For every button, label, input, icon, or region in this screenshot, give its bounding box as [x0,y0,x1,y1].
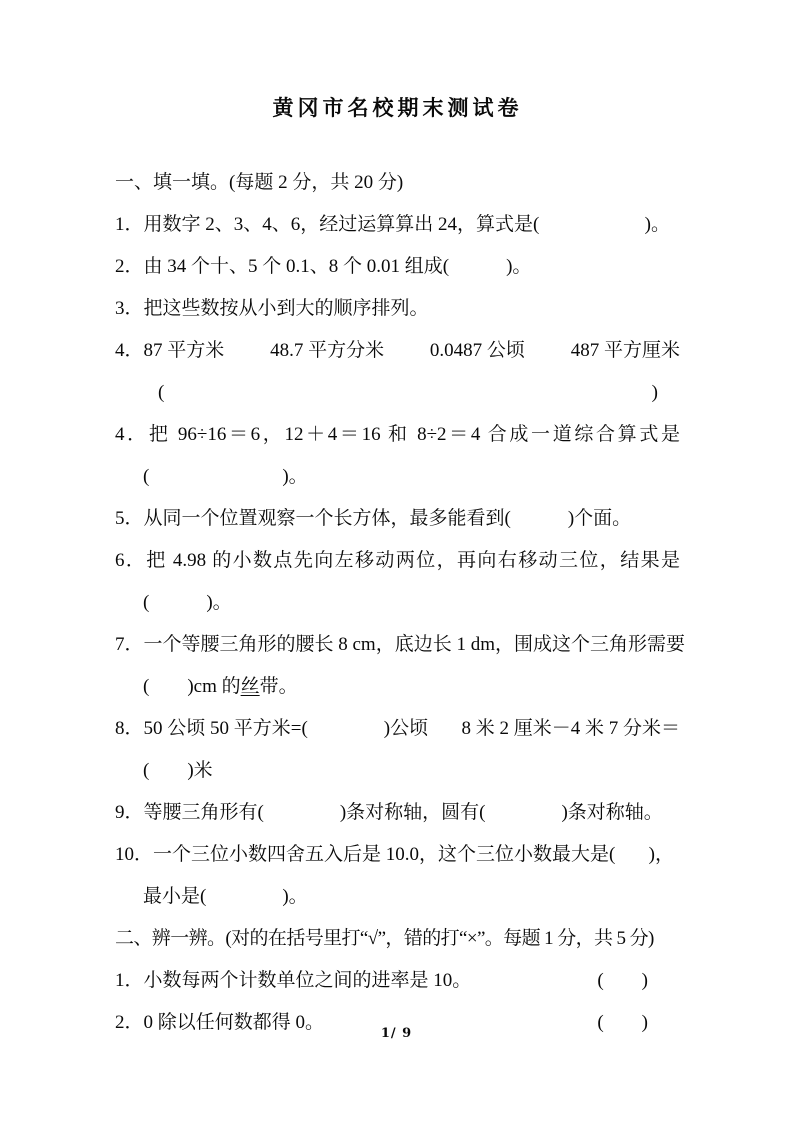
paper-content: 黄冈市名校期末测试卷 一、填一填。(每题 2 分，共 20 分) 1．用数字 2… [0,0,793,1044]
question-1-text: 1．用数字 2、3、4、6，经过运算算出 24，算式是( [115,204,539,246]
section2-heading: 二、辨一辨。(对的在括号里打“√”，错的打“×”。每题 1 分，共 5 分) [115,918,680,960]
question-3-item-2: 48.7 平方分米 [270,330,384,372]
question-1: 1．用数字 2、3、4、6，经过运算算出 24，算式是( )。 [115,204,680,246]
question-3-number-list: 4．87 平方米 48.7 平方分米 0.0487 公顷 487 平方厘米 [115,330,680,372]
question-10-answer-paren: )， [649,834,674,876]
paren-open: ( [158,372,164,414]
question-8-part1: 8．50 公顷 50 平方米=( )公顷 [115,708,428,750]
question-3: 3．把这些数按从小到大的顺序排列。 [115,288,680,330]
question-7-line2-post: 带。 [260,676,298,697]
question-6-answer-blank: ( )。 [115,582,680,624]
question-3-item-1: 4．87 平方米 [115,330,224,372]
question-5: 5．从同一个位置观察一个长方体，最多能看到( )个面。 [115,498,680,540]
question-9: 9．等腰三角形有( )条对称轴，圆有( )条对称轴。 [115,792,680,834]
question-7-underlined-char: 丝 [241,676,260,697]
question-3-item-4: 487 平方厘米 [571,330,680,372]
question-10-text: 10．一个三位小数四舍五入后是 10.0，这个三位小数最大是( [115,834,615,876]
question-7-line2-pre: ( )cm 的 [143,676,241,697]
question-10-line1: 10．一个三位小数四舍五入后是 10.0，这个三位小数最大是( )， [115,834,680,876]
section1-heading: 一、填一填。(每题 2 分，共 20 分) [115,162,680,204]
exam-paper-page: 黄冈市名校期末测试卷 一、填一填。(每题 2 分，共 20 分) 1．用数字 2… [0,0,793,1122]
question-10-line2: 最小是( )。 [115,876,680,918]
paren-close: ) [652,372,658,414]
tf-question-1-text: 1．小数每两个计数单位之间的进率是 10。 [115,960,471,1002]
question-8-line1: 8．50 公顷 50 平方米=( )公顷 8 米 2 厘米－4 米 7 分米＝ [115,708,680,750]
question-4-answer-blank: ( )。 [115,456,680,498]
question-3-item-3: 0.0487 公顷 [430,330,525,372]
tf-question-1: 1．小数每两个计数单位之间的进率是 10。 ( ) [115,960,680,1002]
question-3-answer-blank: ( ) [115,372,680,414]
page-number: 1/ 9 [0,1026,793,1041]
question-2: 2．由 34 个十、5 个 0.1、8 个 0.01 组成( )。 [115,246,680,288]
question-4-line1: 4．把 96÷16＝6，12＋4＝16 和 8÷2＝4 合成一道综合算式是 [115,414,680,456]
tf-question-1-bracket: ( ) [597,960,648,1002]
question-8-answer-blank: ( )米 [115,750,680,792]
question-6-line1: 6．把 4.98 的小数点先向左移动两位，再向右移动三位，结果是 [115,540,680,582]
question-1-answer-paren: )。 [645,204,670,246]
question-8-part2: 8 米 2 厘米－4 米 7 分米＝ [461,708,680,750]
question-7-line1: 7．一个等腰三角形的腰长 8 cm，底边长 1 dm，围成这个三角形需要 [115,624,680,666]
question-7-line2: ( )cm 的丝带。 [115,666,680,708]
paper-title: 黄冈市名校期末测试卷 [115,96,680,122]
